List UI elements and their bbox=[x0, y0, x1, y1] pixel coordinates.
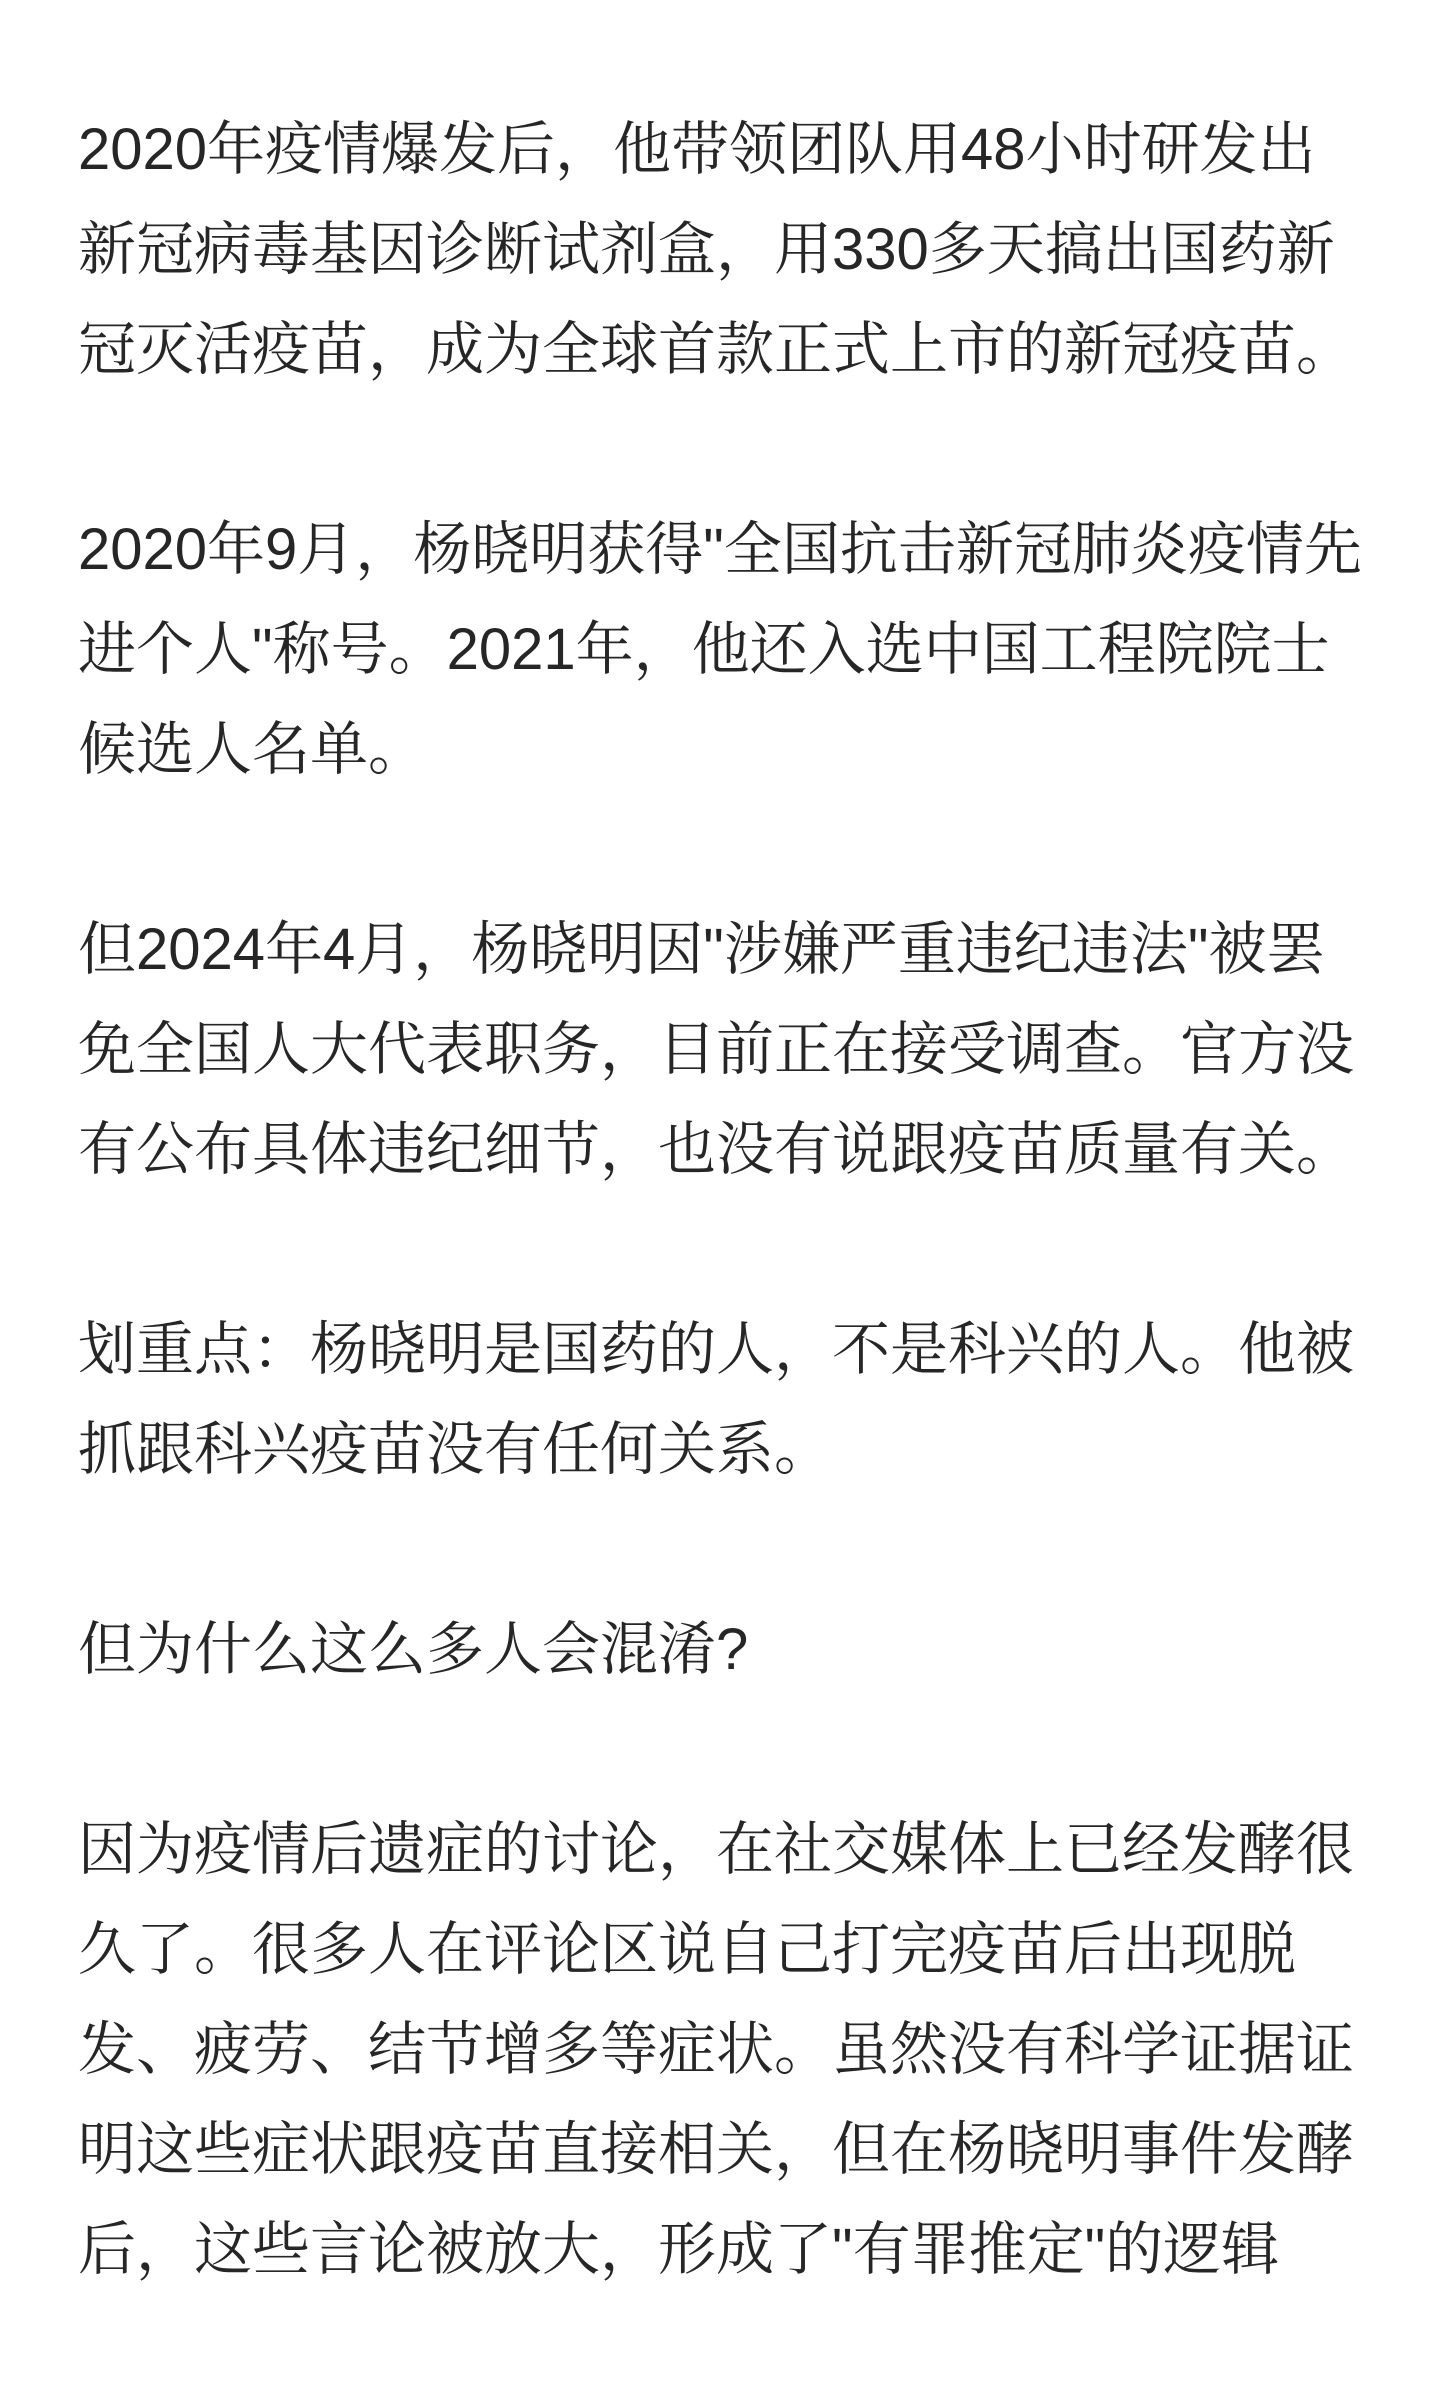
text-line: 有公布具体违纪细节，也没有说跟疫苗质量有关。 bbox=[78, 1100, 1400, 1200]
text-line: 新冠病毒基因诊断试剂盒，用330多天搞出国药新 bbox=[78, 200, 1400, 300]
text-line: 因为疫情后遗症的讨论，在社交媒体上已经发酵很 bbox=[78, 1800, 1400, 1900]
paragraph: 2020年疫情爆发后，他带领团队用48小时研发出 新冠病毒基因诊断试剂盒，用33… bbox=[78, 100, 1400, 400]
article-body: 2020年疫情爆发后，他带领团队用48小时研发出 新冠病毒基因诊断试剂盒，用33… bbox=[0, 0, 1440, 2300]
text-line: 冠灭活疫苗，成为全球首款正式上市的新冠疫苗。 bbox=[78, 300, 1400, 400]
text-line: 久了。很多人在评论区说自己打完疫苗后出现脱 bbox=[78, 1900, 1400, 2000]
text-line: 发、疲劳、结节增多等症状。虽然没有科学证据证 bbox=[78, 2000, 1400, 2100]
text-line: 候选人名单。 bbox=[78, 700, 1400, 800]
paragraph: 划重点：杨晓明是国药的人，不是科兴的人。他被 抓跟科兴疫苗没有任何关系。 bbox=[78, 1300, 1400, 1500]
text-line: 进个人"称号。2021年，他还入选中国工程院院士 bbox=[78, 600, 1400, 700]
text-line: 2020年疫情爆发后，他带领团队用48小时研发出 bbox=[78, 100, 1400, 200]
text-line: 明这些症状跟疫苗直接相关，但在杨晓明事件发酵 bbox=[78, 2100, 1400, 2200]
text-line: 后，这些言论被放大，形成了"有罪推定"的逻辑 bbox=[78, 2200, 1400, 2300]
paragraph: 但2024年4月，杨晓明因"涉嫌严重违纪违法"被罢 免全国人大代表职务，目前正在… bbox=[78, 900, 1400, 1200]
text-line: 抓跟科兴疫苗没有任何关系。 bbox=[78, 1400, 1400, 1500]
paragraph: 因为疫情后遗症的讨论，在社交媒体上已经发酵很 久了。很多人在评论区说自己打完疫苗… bbox=[78, 1800, 1400, 2300]
paragraph: 2020年9月，杨晓明获得"全国抗击新冠肺炎疫情先 进个人"称号。2021年，他… bbox=[78, 500, 1400, 800]
paragraph: 但为什么这么多人会混淆? bbox=[78, 1600, 1400, 1700]
text-line: 免全国人大代表职务，目前正在接受调查。官方没 bbox=[78, 1000, 1400, 1100]
text-line: 但为什么这么多人会混淆? bbox=[78, 1600, 1400, 1700]
text-line: 2020年9月，杨晓明获得"全国抗击新冠肺炎疫情先 bbox=[78, 500, 1400, 600]
text-line: 划重点：杨晓明是国药的人，不是科兴的人。他被 bbox=[78, 1300, 1400, 1400]
text-line: 但2024年4月，杨晓明因"涉嫌严重违纪违法"被罢 bbox=[78, 900, 1400, 1000]
